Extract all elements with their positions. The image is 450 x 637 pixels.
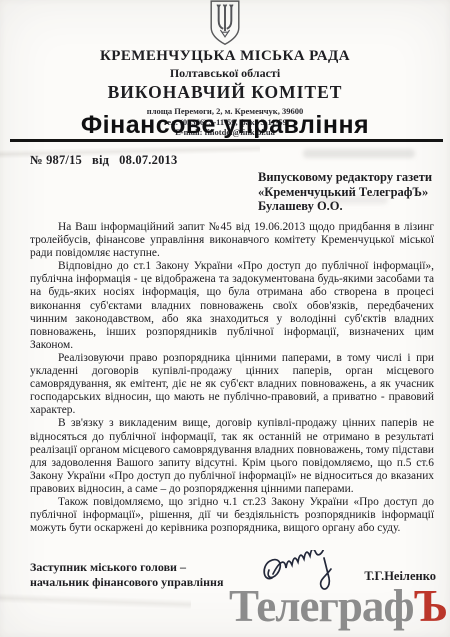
reference-line: № 987/15від08.07.2013 [30,153,177,168]
committee-name: ВИКОНАВЧИЙ КОМІТЕТ [0,82,450,103]
signer-title-line1: Заступник міського голови – [30,560,223,575]
body-paragraph: Відповідно до ст.1 Закону України «Про д… [30,260,434,352]
body-paragraph: В зв'язку з викладеним вище, договір куп… [30,417,434,496]
department-title: Фінансове управління [0,111,450,140]
reference-date-preposition: від [92,153,109,167]
watermark-text: Телеграф [229,581,414,631]
body-paragraph: Також повідомляємо, що згідно ч.1 ст.23 … [30,496,434,535]
organization-name: КРЕМЕНЧУЦЬКА МІСЬКА РАДА [0,48,450,65]
signer-title-line2: начальник фінансового управління [30,575,223,590]
body-paragraph: Реалізовуючи право розпорядника цінними … [30,352,434,417]
reference-number: № 987/15 [30,153,82,167]
signer-title: Заступник міського голови – начальник фі… [30,560,223,590]
ukraine-trident-emblem-icon [207,0,243,51]
letter-body: На Ваш інформаційний запит №45 від 19.06… [30,221,434,535]
banner-rule [10,139,443,142]
scanned-letter-page: КРЕМЕНЧУЦЬКА МІСЬКА РАДА Полтавської обл… [0,0,450,637]
reference-date: 08.07.2013 [119,153,177,167]
watermark-hard-sign: Ъ [414,581,447,631]
telegraf-watermark: ТелеграфЪ [229,584,447,629]
addressee-block: Випусковому редактору газети «Кременчуць… [258,170,432,214]
addressee-organization: «Кременчуцький ТелеграфЪ» [258,185,432,200]
body-paragraph: На Ваш інформаційний запит №45 від 19.06… [30,221,434,260]
ink-bleed-artifact [303,149,415,158]
addressee-role: Випусковому редактору газети [258,170,432,185]
addressee-person: Булашеву О.О. [258,199,432,214]
region-line: Полтавської області [0,66,450,81]
